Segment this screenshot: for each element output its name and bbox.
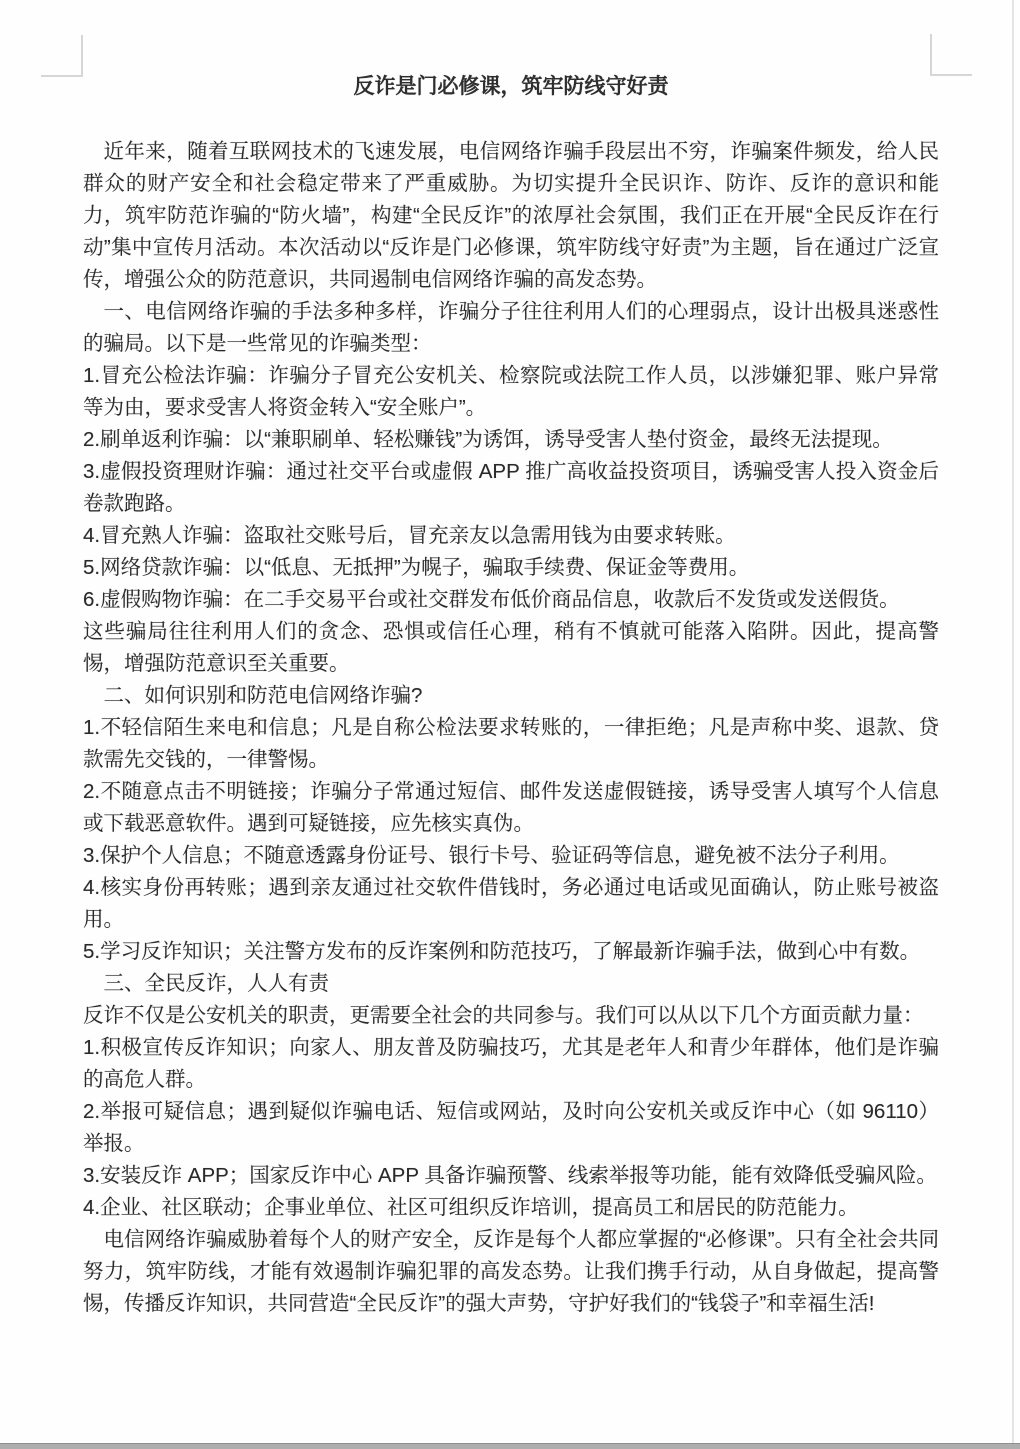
paragraph: 二、如何识别和防范电信网络诈骗?	[83, 680, 939, 712]
paragraph: 1.不轻信陌生来电和信息；凡是自称公检法要求转账的，一律拒绝；凡是声称中奖、退款…	[83, 712, 939, 776]
paragraph: 反诈不仅是公安机关的职责，更需要全社会的共同参与。我们可以从以下几个方面贡献力量…	[83, 1000, 939, 1032]
paragraph: 6.虚假购物诈骗：在二手交易平台或社交群发布低价商品信息，收款后不发货或发送假货…	[83, 584, 939, 616]
paragraph: 4.核实身份再转账；遇到亲友通过社交软件借钱时，务必通过电话或见面确认，防止账号…	[83, 872, 939, 936]
document-body: 近年来，随着互联网技术的飞速发展，电信网络诈骗手段层出不穷，诈骗案件频发，给人民…	[83, 136, 939, 1320]
page-edge-line	[1012, 0, 1014, 1449]
paragraph: 3.安装反诈 APP；国家反诈中心 APP 具备诈骗预警、线索举报等功能，能有效…	[83, 1160, 939, 1192]
paragraph: 电信网络诈骗威胁着每个人的财产安全，反诈是每个人都应掌握的“必修课”。只有全社会…	[83, 1224, 939, 1320]
document-page: 反诈是门必修课，筑牢防线守好责 近年来，随着互联网技术的飞速发展，电信网络诈骗手…	[0, 0, 1020, 1449]
paragraph: 2.举报可疑信息；遇到疑似诈骗电话、短信或网站，及时向公安机关或反诈中心（如 9…	[83, 1096, 939, 1160]
bottom-bar	[0, 1443, 1020, 1449]
paragraph: 5.学习反诈知识；关注警方发布的反诈案例和防范技巧，了解最新诈骗手法，做到心中有…	[83, 936, 939, 968]
paragraph: 5.网络贷款诈骗：以“低息、无抵押”为幌子，骗取手续费、保证金等费用。	[83, 552, 939, 584]
text-boundary-mark-top-right	[930, 34, 972, 76]
paragraph: 2.不随意点击不明链接；诈骗分子常通过短信、邮件发送虚假链接，诱导受害人填写个人…	[83, 776, 939, 840]
paragraph: 一、电信网络诈骗的手法多种多样，诈骗分子往往利用人们的心理弱点，设计出极具迷惑性…	[83, 296, 939, 360]
paragraph: 4.企业、社区联动；企事业单位、社区可组织反诈培训，提高员工和居民的防范能力。	[83, 1192, 939, 1224]
paragraph: 2.刷单返利诈骗：以“兼职刷单、轻松赚钱”为诱饵，诱导受害人垫付资金，最终无法提…	[83, 424, 939, 456]
text-boundary-mark-top-left	[41, 35, 83, 77]
paragraph: 这些骗局往往利用人们的贪念、恐惧或信任心理，稍有不慎就可能落入陷阱。因此，提高警…	[83, 616, 939, 680]
paragraph: 1.积极宣传反诈知识；向家人、朋友普及防骗技巧，尤其是老年人和青少年群体，他们是…	[83, 1032, 939, 1096]
paragraph: 1.冒充公检法诈骗：诈骗分子冒充公安机关、检察院或法院工作人员，以涉嫌犯罪、账户…	[83, 360, 939, 424]
paragraph: 近年来，随着互联网技术的飞速发展，电信网络诈骗手段层出不穷，诈骗案件频发，给人民…	[83, 136, 939, 296]
paragraph: 4.冒充熟人诈骗：盗取社交账号后，冒充亲友以急需用钱为由要求转账。	[83, 520, 939, 552]
paragraph: 3.虚假投资理财诈骗：通过社交平台或虚假 APP 推广高收益投资项目，诱骗受害人…	[83, 456, 939, 520]
paragraph: 三、全民反诈，人人有责	[83, 968, 939, 1000]
document-title: 反诈是门必修课，筑牢防线守好责	[83, 72, 939, 102]
paragraph: 3.保护个人信息；不随意透露身份证号、银行卡号、验证码等信息，避免被不法分子利用…	[83, 840, 939, 872]
document-content: 反诈是门必修课，筑牢防线守好责 近年来，随着互联网技术的飞速发展，电信网络诈骗手…	[83, 72, 939, 1320]
